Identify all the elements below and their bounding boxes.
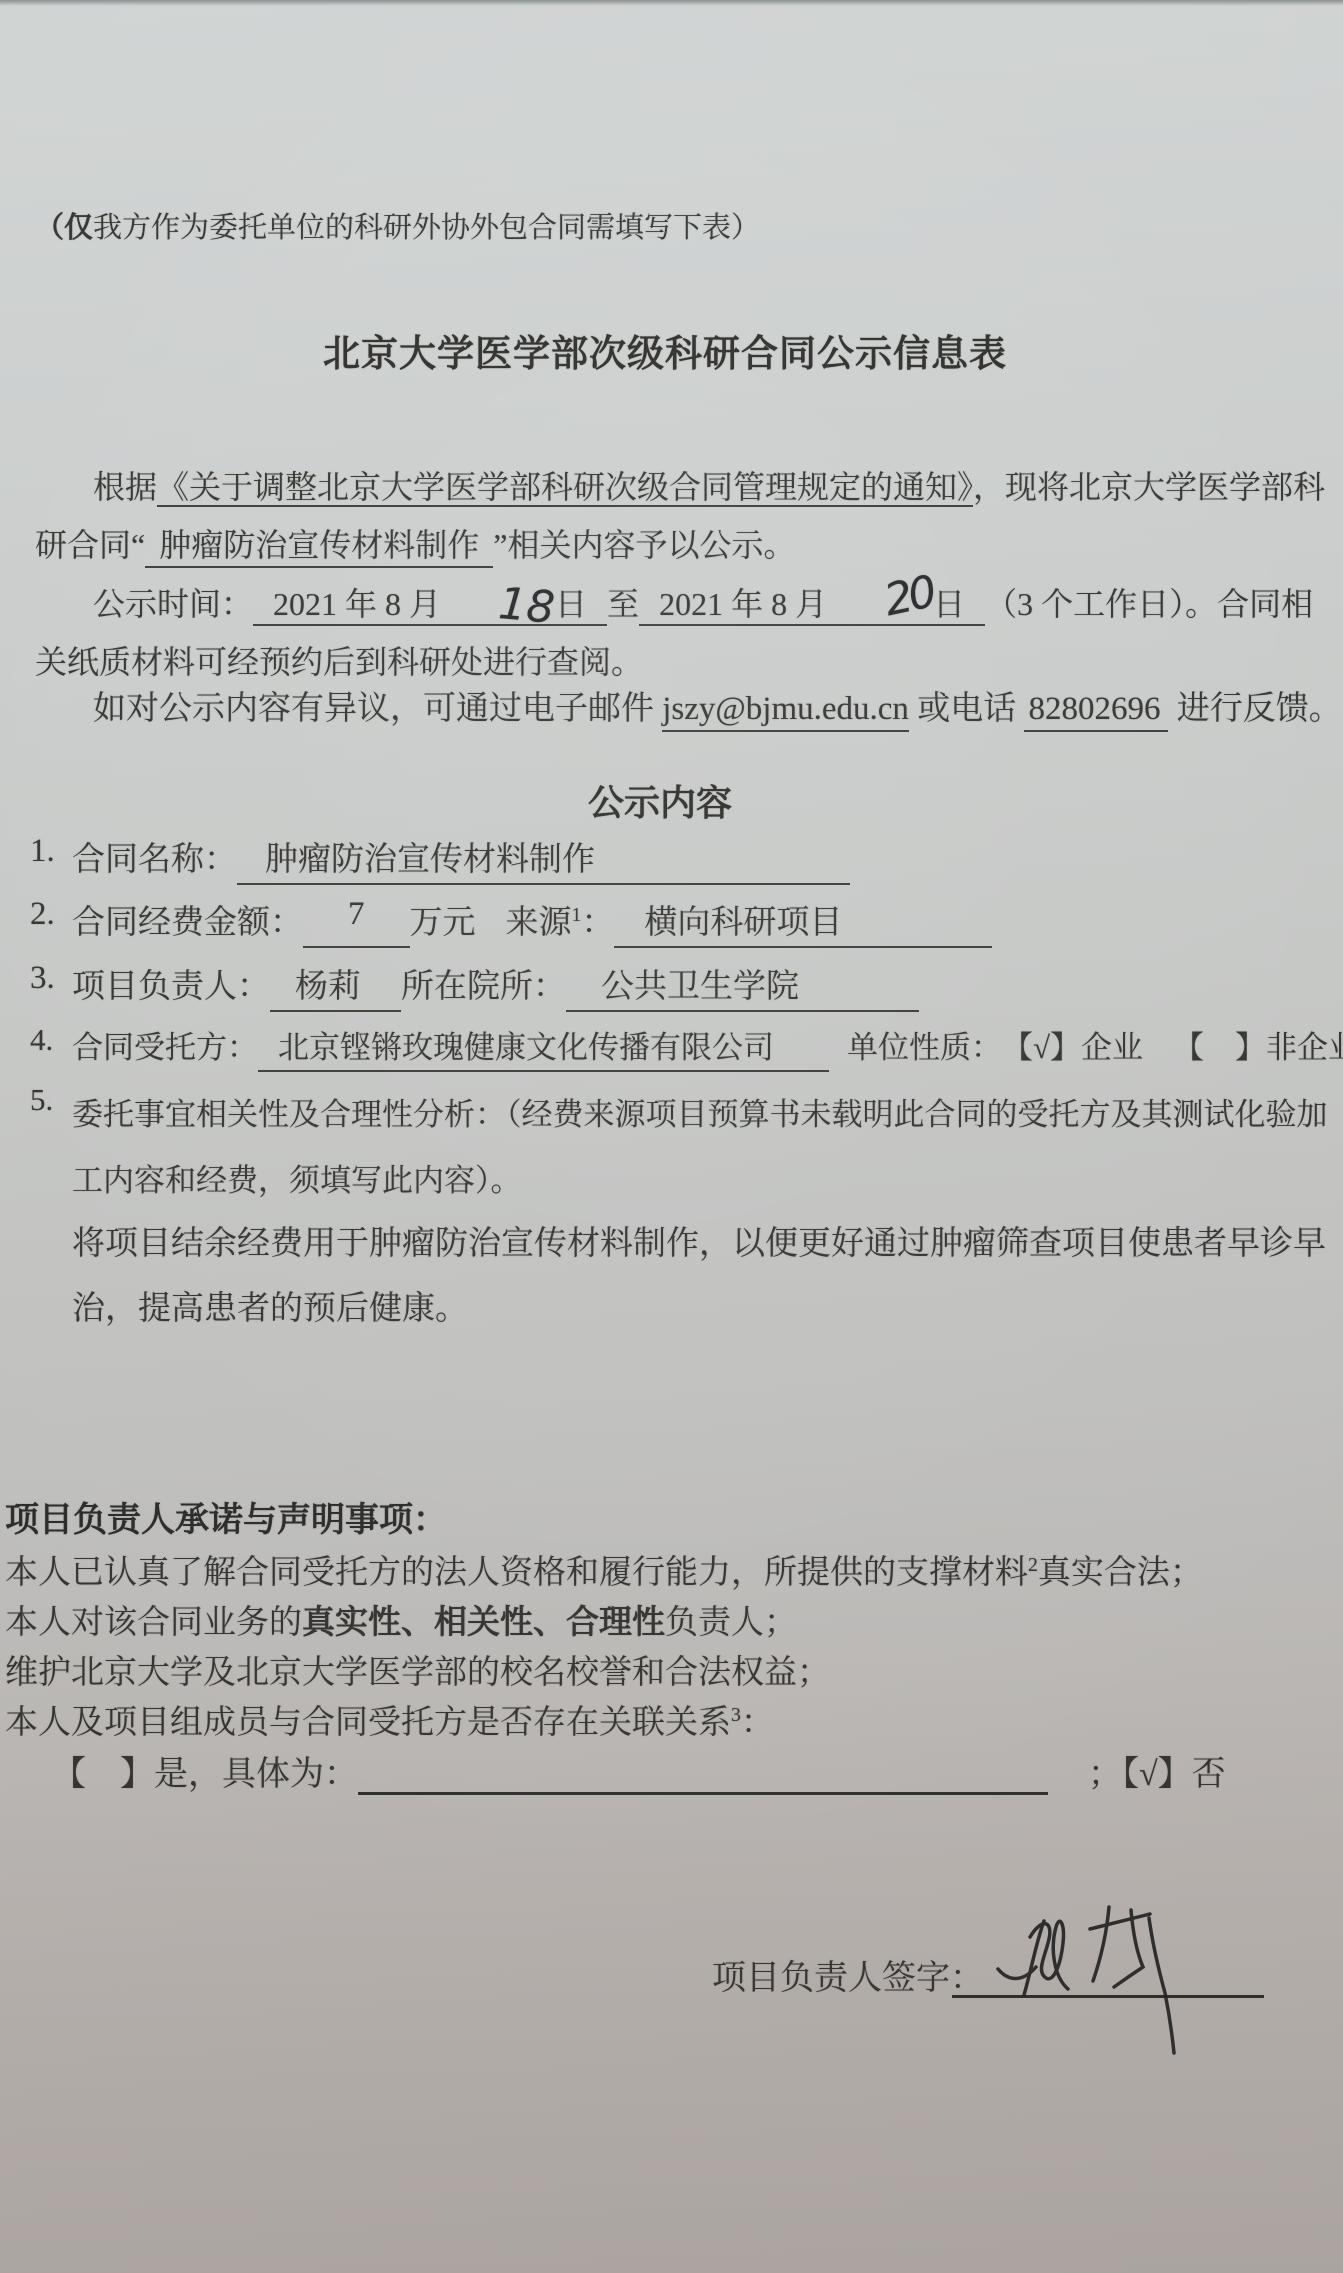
item-label: 合同名称： — [72, 833, 237, 885]
contractor-value: 北京铿锵玫瑰健康文化传播有限公司 — [258, 1022, 829, 1072]
handwritten-start-day: 18 — [441, 599, 555, 609]
page-title: 北京大学医学部次级科研合同公示信息表 — [0, 323, 1330, 377]
handwritten-end-day: 20 — [829, 592, 933, 614]
pi-name-value: 杨莉 — [270, 960, 401, 1012]
nature-label: 单位性质： — [847, 1022, 1002, 1072]
declaration-line-3: 维护北京大学及北京大学医学部的校名校誉和合法权益； — [5, 1646, 830, 1693]
checkbox-non-enterprise-unchecked: 【 】非企业 — [1173, 1022, 1343, 1072]
publicity-start-date: 2021 年 8 月18日 — [253, 586, 607, 626]
declaration-heading: 项目负责人承诺与声明事项： — [5, 1492, 447, 1541]
checkbox-no-checked: 【√】否 — [1122, 1756, 1226, 1793]
top-note: （仅我方作为委托单位的科研外协外包合同需填写下表） — [35, 205, 760, 246]
intro-tail: ”相关内容予以公示。 — [493, 527, 795, 563]
publicity-joiner: 至 — [607, 586, 639, 622]
document-photo: （仅我方作为委托单位的科研外协外包合同需填写下表） 北京大学医学部次级科研合同公… — [0, 0, 1343, 2273]
publicity-label: 公示时间： — [93, 586, 253, 622]
source-footnote-mark: 1 — [572, 904, 582, 926]
feedback-tail: 进行反馈。 — [1168, 691, 1341, 727]
analysis-label: 委托事宜相关性及合理性分析：（经费来源项目预算书未载明此合同的受托方及其测试化验… — [72, 1082, 1343, 1214]
contract-name-inline: 肿瘤防治宣传材料制作 — [145, 527, 493, 568]
item-contract-name: 1. 合同名称： 肿瘤防治宣传材料制作 — [30, 833, 850, 885]
item-contractor: 4. 合同受托方： 北京铿锵玫瑰健康文化传播有限公司 单位性质： 【√】企业 【… — [30, 1022, 1343, 1072]
top-note-emphasis: （仅 — [35, 212, 93, 244]
dept-label: 所在院所： — [401, 960, 566, 1012]
signature-label: 项目负责人签字： — [712, 1950, 984, 1999]
declaration-line-5: 【 】是，具体为：；【√】否 — [52, 1746, 1226, 1795]
analysis-body: 将项目结余经费用于肿瘤防治宣传材料制作，以便更好通过肿瘤筛查项目使患者早诊早治，… — [72, 1212, 1343, 1342]
publicity-end-date: 2021 年 8 月20日 — [639, 586, 985, 626]
email-text: jszy@bjmu.edu.cn — [662, 691, 909, 732]
item-project-leader: 3. 项目负责人： 杨莉 所在院所： 公共卫生学院 — [30, 960, 919, 1012]
footnote-mark-3: 3 — [731, 1704, 741, 1726]
item-label: 合同受托方： — [72, 1022, 258, 1072]
declaration-emphasis: 真实性、相关性、合理性 — [302, 1605, 665, 1641]
item-label: 合同经费金额： — [72, 896, 303, 948]
content-heading: 公示内容 — [0, 775, 1320, 826]
declaration-line-2: 本人对该合同业务的真实性、相关性、合理性负责人； — [5, 1596, 797, 1643]
notice-link: 《关于调整北京大学医学部科研次级合同管理规定的通知》 — [157, 469, 973, 507]
top-note-text: 我方作为委托单位的科研外协外包合同需填写下表） — [93, 212, 760, 244]
item-number: 1. — [30, 833, 72, 885]
intro-lead: 根据 — [93, 469, 157, 505]
publicity-time-paragraph: 公示时间：2021 年 8 月18日至2021 年 8 月20日（3 个工作日）… — [35, 575, 1325, 691]
phone-text: 82802696 — [1024, 691, 1168, 732]
footnote-mark-2: 2 — [1028, 1554, 1038, 1576]
source-value: 横向科研项目 — [614, 896, 992, 948]
contract-name-value: 肿瘤防治宣传材料制作 — [237, 833, 850, 885]
item-contract-amount: 2. 合同经费金额： 7 万元 来源1： 横向科研项目 — [30, 896, 992, 948]
feedback-lead: 如对公示内容有异议，可通过电子邮件 — [93, 691, 662, 727]
feedback-paragraph: 如对公示内容有异议，可通过电子邮件 jszy@bjmu.edu.cn 或电话 8… — [35, 682, 1340, 729]
item-number: 2. — [30, 896, 72, 948]
declaration-line-4: 本人及项目组成员与合同受托方是否存在关联关系3： — [5, 1696, 774, 1743]
checkbox-yes-unchecked: 【 】是，具体为： — [52, 1756, 358, 1793]
item-label: 项目负责人： — [72, 960, 270, 1012]
amount-value: 7 — [303, 896, 410, 948]
item-number: 3. — [30, 960, 72, 1012]
feedback-mid: 或电话 — [909, 691, 1025, 727]
dept-value: 公共卫生学院 — [566, 960, 919, 1012]
source-label: 来源1： — [506, 896, 615, 948]
intro-paragraph: 根据《关于调整北京大学医学部科研次级合同管理规定的通知》，现将北京大学医学部科研… — [35, 458, 1343, 574]
item-analysis: 5. 委托事宜相关性及合理性分析：（经费来源项目预算书未载明此合同的受托方及其测… — [30, 1082, 1343, 1214]
declaration-line-1: 本人已认真了解合同受托方的法人资格和履行能力，所提供的支撑材料2真实合法； — [5, 1546, 1203, 1593]
specifics-blank-line — [358, 1758, 1048, 1795]
item-number: 4. — [30, 1022, 72, 1072]
checkbox-enterprise-checked: 【√】企业 — [1002, 1022, 1143, 1072]
signature-handwriting — [990, 1905, 1210, 2075]
item-number: 5. — [30, 1082, 72, 1214]
amount-unit: 万元 — [410, 896, 476, 948]
